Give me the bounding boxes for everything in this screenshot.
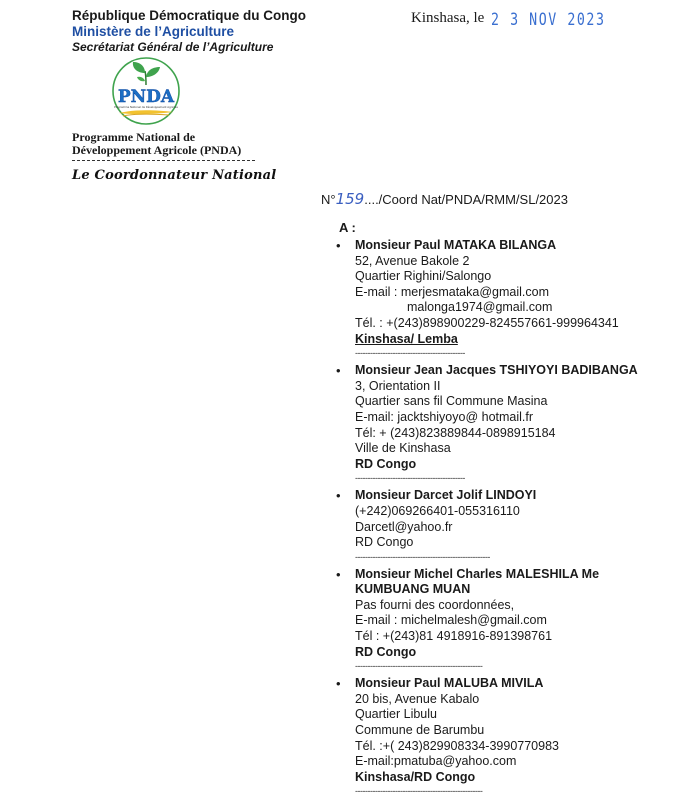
recipient-detail-line: Tél. : +(243)898900229-824557661-9999643…	[355, 316, 676, 332]
recipient-detail-line: Quartier Libulu	[355, 707, 676, 723]
recipient-detail-line: Kinshasa/ Lemba	[355, 332, 676, 348]
bullet-icon: •	[336, 676, 341, 692]
recipient-detail-line: malonga1974@gmail.com	[355, 300, 676, 316]
recipient-name: Monsieur Michel Charles MALESHILA Me KUM…	[355, 567, 676, 598]
recipient-item: •Monsieur Paul MATAKA BILANGA52, Avenue …	[336, 238, 676, 359]
recipient-detail-line: 20 bis, Avenue Kabalo	[355, 692, 676, 708]
secretariat-heading: Secrétariat Général de l’Agriculture	[72, 40, 273, 54]
recipient-detail-line: RD Congo	[355, 535, 676, 551]
recipient-detail-line: Tél : +(243)81 4918916-891398761	[355, 629, 676, 645]
recipient-name: Monsieur Paul MALUBA MIVILA	[355, 676, 676, 692]
recipient-detail-line: 3, Orientation II	[355, 379, 676, 395]
reference-prefix: N°	[321, 192, 336, 207]
recipient-detail-line: Pas fourni des coordonnées,	[355, 598, 676, 614]
bullet-icon: •	[336, 488, 341, 504]
program-name: Programme National de Développement Agri…	[72, 131, 272, 157]
recipient-detail-line: Commune de Barumbu	[355, 723, 676, 739]
date-stamp: 2 3 NOV 2023	[491, 10, 606, 30]
recipient-item: •Monsieur Jean Jacques TSHIYOYI BADIBANG…	[336, 363, 676, 484]
recipient-separator: ----------------------------------------…	[355, 785, 676, 794]
recipient-detail-line: E-mail: jacktshiyoyo@ hotmail.fr	[355, 410, 676, 426]
bullet-icon: •	[336, 363, 341, 379]
recipient-detail-line: RD Congo	[355, 645, 676, 661]
recipient-detail-line: E-mail : merjesmataka@gmail.com	[355, 285, 676, 301]
recipient-detail-line: 52, Avenue Bakole 2	[355, 254, 676, 270]
recipient-separator: ----------------------------------------…	[355, 551, 676, 563]
svg-text:PNDA: PNDA	[118, 87, 175, 107]
reference-suffix: ..../Coord Nat/PNDA/RMM/SL/2023	[364, 192, 568, 207]
recipient-detail-line: Tél. :+( 243)829908334-3990770983	[355, 739, 676, 755]
office-title: Le Coordonnateur National	[72, 168, 276, 183]
header-divider	[72, 160, 255, 161]
recipient-detail-line: Darcetl@yahoo.fr	[355, 520, 676, 536]
country-heading: République Démocratique du Congo	[72, 8, 306, 23]
reference-handwritten-number: 159	[336, 190, 365, 208]
recipient-detail-line: Kinshasa/RD Congo	[355, 770, 676, 786]
recipient-list: •Monsieur Paul MATAKA BILANGA52, Avenue …	[336, 238, 676, 794]
svg-text:Programme National de Développ: Programme National de Développement Agri…	[114, 105, 178, 109]
recipient-name: Monsieur Darcet Jolif LINDOYI	[355, 488, 676, 504]
bullet-icon: •	[336, 567, 341, 583]
recipient-item: •Monsieur Darcet Jolif LINDOYI(+242)0692…	[336, 488, 676, 562]
recipient-detail-line: Quartier sans fil Commune Masina	[355, 394, 676, 410]
recipient-detail-line: E-mail : michelmalesh@gmail.com	[355, 613, 676, 629]
reference-number: N°159..../Coord Nat/PNDA/RMM/SL/2023	[321, 190, 568, 208]
recipient-item: •Monsieur Paul MALUBA MIVILA20 bis, Aven…	[336, 676, 676, 794]
date-label: Kinshasa, le	[411, 10, 484, 27]
pnda-logo-icon: PNDA Programme National de Développement…	[105, 55, 187, 127]
recipient-detail-line: E-mail:pmatuba@yahoo.com	[355, 754, 676, 770]
recipient-separator: ----------------------------------------…	[355, 472, 676, 484]
pnda-logo: PNDA Programme National de Développement…	[105, 55, 187, 127]
recipient-item: •Monsieur Michel Charles MALESHILA Me KU…	[336, 567, 676, 673]
recipient-detail-line: RD Congo	[355, 457, 676, 473]
recipient-name: Monsieur Jean Jacques TSHIYOYI BADIBANGA	[355, 363, 676, 379]
ministry-heading: Ministère de l’Agriculture	[72, 24, 234, 39]
recipient-name: Monsieur Paul MATAKA BILANGA	[355, 238, 676, 254]
recipient-separator: ----------------------------------------…	[355, 347, 676, 359]
recipient-detail-line: Tél: + (243)823889844-0898915184	[355, 426, 676, 442]
recipient-detail-line: (+242)069266401-055316110	[355, 504, 676, 520]
bullet-icon: •	[336, 238, 341, 254]
addressee-label: A :	[339, 220, 356, 235]
recipient-separator: ----------------------------------------…	[355, 660, 676, 672]
recipient-detail-line: Quartier Righini/Salongo	[355, 269, 676, 285]
recipient-detail-line: Ville de Kinshasa	[355, 441, 676, 457]
